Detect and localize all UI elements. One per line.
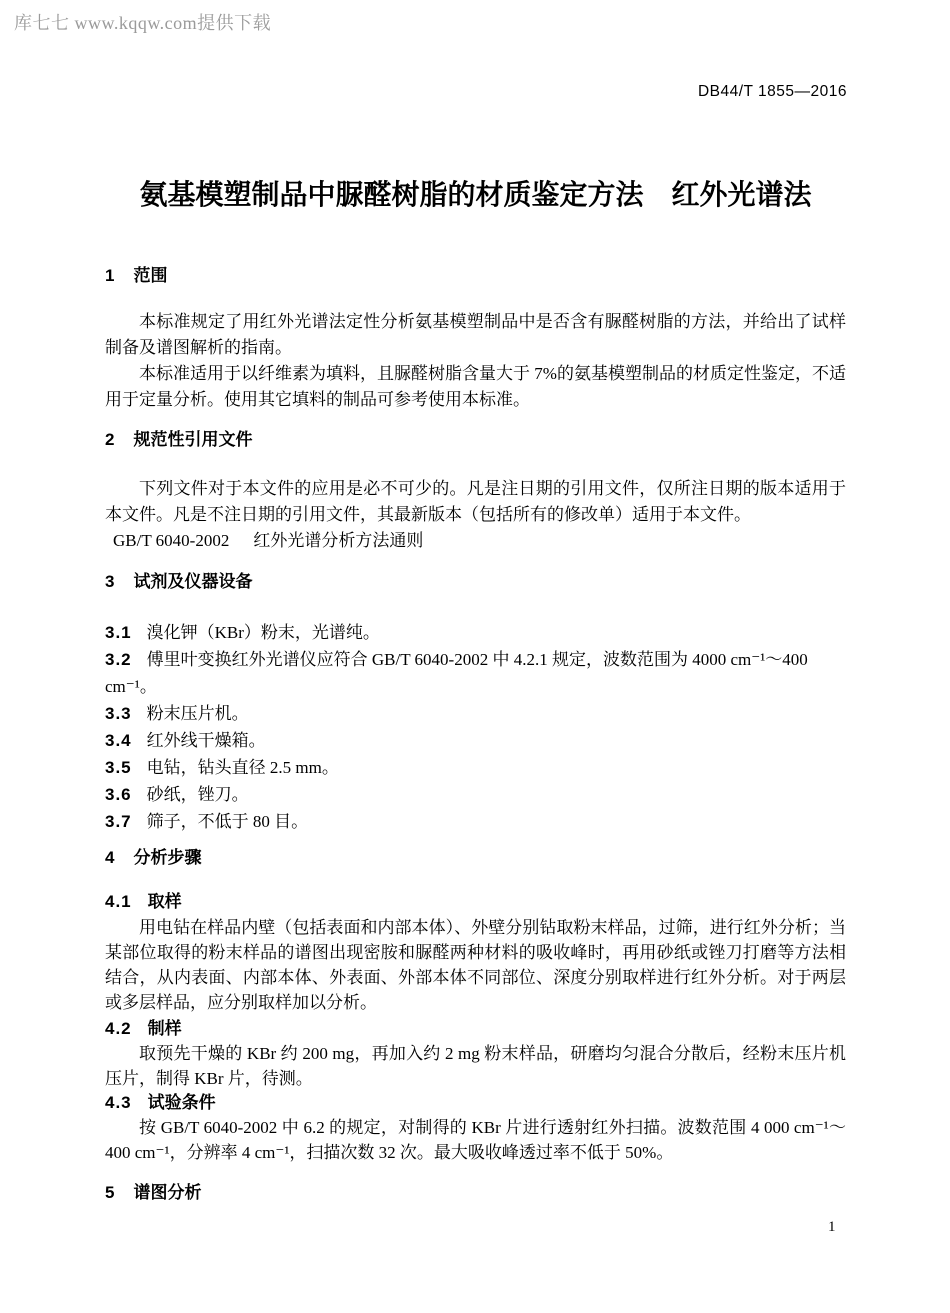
clause-number: 1 <box>105 264 115 288</box>
section-5-heading: 5 谱图分析 <box>105 1181 846 1205</box>
section-4-1-heading: 4.1 取样 <box>105 890 846 914</box>
equipment-list: 3.1溴化钾（KBr）粉末，光谱纯。 3.2傅里叶变换红外光谱仪应符合 GB/T… <box>105 619 846 835</box>
clause-title: 取样 <box>148 890 182 914</box>
list-item: 3.4红外线干燥箱。 <box>105 727 846 754</box>
list-item-text: 粉末压片机。 <box>147 704 249 723</box>
paragraph: 用电钻在样品内壁（包括表面和内部本体）、外壁分别钻取粉末样品，过筛，进行红外分析… <box>105 915 846 1015</box>
list-item: 3.7筛子，不低于 80 目。 <box>105 808 846 835</box>
list-item-text: 傅里叶变换红外光谱仪应符合 GB/T 6040-2002 中 4.2.1 规定，… <box>105 650 808 696</box>
list-item-text: 筛子，不低于 80 目。 <box>147 812 309 831</box>
clause-title: 谱图分析 <box>133 1181 201 1205</box>
list-item: 3.2傅里叶变换红外光谱仪应符合 GB/T 6040-2002 中 4.2.1 … <box>105 646 846 700</box>
document-content: 氨基模塑制品中脲醛树脂的材质鉴定方法 红外光谱法 1 范围 本标准规定了用红外光… <box>105 0 846 1205</box>
list-item: 3.6砂纸，锉刀。 <box>105 781 846 808</box>
clause-title: 规范性引用文件 <box>133 428 252 452</box>
list-item-text: 砂纸，锉刀。 <box>147 785 249 804</box>
paragraph: 取预先干燥的 KBr 约 200 mg，再加入约 2 mg 粉末样品，研磨均匀混… <box>105 1041 846 1091</box>
section-4-heading: 4 分析步骤 <box>105 846 846 870</box>
clause-title: 制样 <box>148 1017 182 1041</box>
standard-document-page: 库七七 www.kqqw.com提供下载 DB44/T 1855—2016 氨基… <box>0 0 950 1313</box>
paragraph: 本标准适用于以纤维素为填料，且脲醛树脂含量大于 7%的氨基模塑制品的材质定性鉴定… <box>105 361 846 413</box>
clause-number: 4.2 <box>105 1017 132 1041</box>
paragraph: 本标准规定了用红外光谱法定性分析氨基模塑制品中是否含有脲醛树脂的方法，并给出了试… <box>105 309 846 361</box>
paragraph: 下列文件对于本文件的应用是必不可少的。凡是注日期的引用文件，仅所注日期的版本适用… <box>105 476 846 528</box>
clause-number: 2 <box>105 428 115 452</box>
paragraph: 按 GB/T 6040-2002 中 6.2 的规定，对制得的 KBr 片进行透… <box>105 1115 846 1165</box>
page-number: 1 <box>828 1219 836 1236</box>
section-1-heading: 1 范围 <box>105 264 846 288</box>
clause-number: 4.3 <box>105 1091 132 1115</box>
list-item-text: 溴化钾（KBr）粉末，光谱纯。 <box>147 623 380 642</box>
clause-title: 试验条件 <box>148 1091 216 1115</box>
list-item: 3.3粉末压片机。 <box>105 700 846 727</box>
section-4-2-heading: 4.2 制样 <box>105 1017 846 1041</box>
list-item-text: 电钻，钻头直径 2.5 mm。 <box>147 758 339 777</box>
reference-code: GB/T 6040-2002 <box>113 531 229 550</box>
clause-number: 3.5 <box>105 758 132 777</box>
section-3-heading: 3 试剂及仪器设备 <box>105 570 846 594</box>
reference-title: 红外光谱分析方法通则 <box>253 531 423 550</box>
clause-title: 试剂及仪器设备 <box>133 570 252 594</box>
list-item: 3.1溴化钾（KBr）粉末，光谱纯。 <box>105 619 846 646</box>
section-4-3-heading: 4.3 试验条件 <box>105 1091 846 1115</box>
section-2-heading: 2 规范性引用文件 <box>105 428 846 452</box>
clause-number: 5 <box>105 1181 115 1205</box>
clause-number: 4.1 <box>105 890 132 914</box>
clause-title: 分析步骤 <box>133 846 201 870</box>
clause-number: 4 <box>105 846 115 870</box>
clause-number: 3.2 <box>105 650 132 669</box>
clause-number: 3.3 <box>105 704 132 723</box>
list-item-text: 红外线干燥箱。 <box>147 731 266 750</box>
clause-number: 3.4 <box>105 731 132 750</box>
clause-number: 3.7 <box>105 812 132 831</box>
list-item: 3.5电钻，钻头直径 2.5 mm。 <box>105 754 846 781</box>
reference-entry: GB/T 6040-2002红外光谱分析方法通则 <box>105 528 846 554</box>
clause-number: 3.6 <box>105 785 132 804</box>
page-title: 氨基模塑制品中脲醛树脂的材质鉴定方法 红外光谱法 <box>105 178 846 212</box>
clause-number: 3.1 <box>105 623 132 642</box>
clause-number: 3 <box>105 570 115 594</box>
clause-title: 范围 <box>133 264 167 288</box>
